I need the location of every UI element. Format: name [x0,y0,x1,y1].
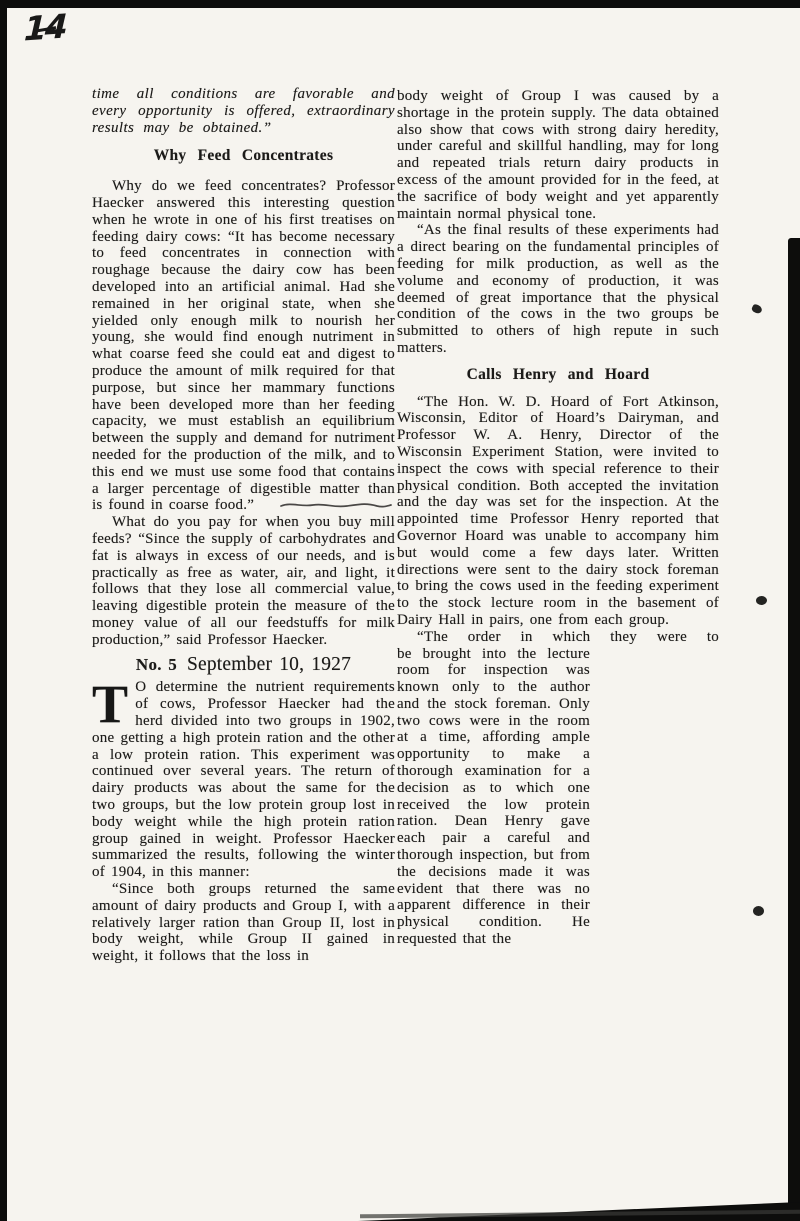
paragraph-since-both: “Since both groups returned the same amo… [92,881,395,965]
pen-mark-squiggle [260,497,392,514]
paragraph-body-weight: body weight of Group I was caused by a s… [397,88,719,222]
issue-date: September 10, 1927 [187,654,351,675]
issue-number: No. 5 [136,655,177,674]
paragraph-hoard-invitation: “The Hon. W. D. Hoard of Fort Atkinson, … [397,394,719,629]
issue-heading: No. 5September 10, 1927 [92,657,395,675]
heading-calls-henry-and-hoard: Calls Henry and Hoard [397,367,719,384]
paragraph-text: Why do we feed concentrates? Professor H… [92,178,395,513]
scan-edge-top [0,0,800,8]
ink-blob [756,596,767,605]
paragraph-experiment: TO determine the nutrient requirements o… [92,679,395,881]
handwritten-page-number: 14 [23,6,66,48]
paragraph-final-results: “As the final results of these experimen… [397,222,719,356]
paragraph-order-narrow: be brought into the lecture room for ins… [397,646,590,948]
left-column: time all conditions are favorable and ev… [92,86,395,965]
paragraph-why-concentrates: Why do we feed concentrates? Professor H… [92,178,395,514]
scan-edge-right [788,238,800,1221]
scan-edge-left [0,0,7,1221]
ink-blob [751,303,763,314]
right-column: body weight of Group I was caused by a s… [397,88,719,948]
drop-cap-letter: T [92,679,135,726]
intro-continuation-paragraph: time all conditions are favorable and ev… [92,86,395,136]
paragraph-mill-feeds: What do you pay for when you buy mill fe… [92,514,395,648]
paragraph-order-first-line: “The order in which they were to [397,629,719,646]
paragraph-text: O determine the nutrient requirements of… [92,679,395,880]
heading-why-feed-concentrates: Why Feed Concentrates [92,148,395,165]
ink-blob [753,906,764,916]
